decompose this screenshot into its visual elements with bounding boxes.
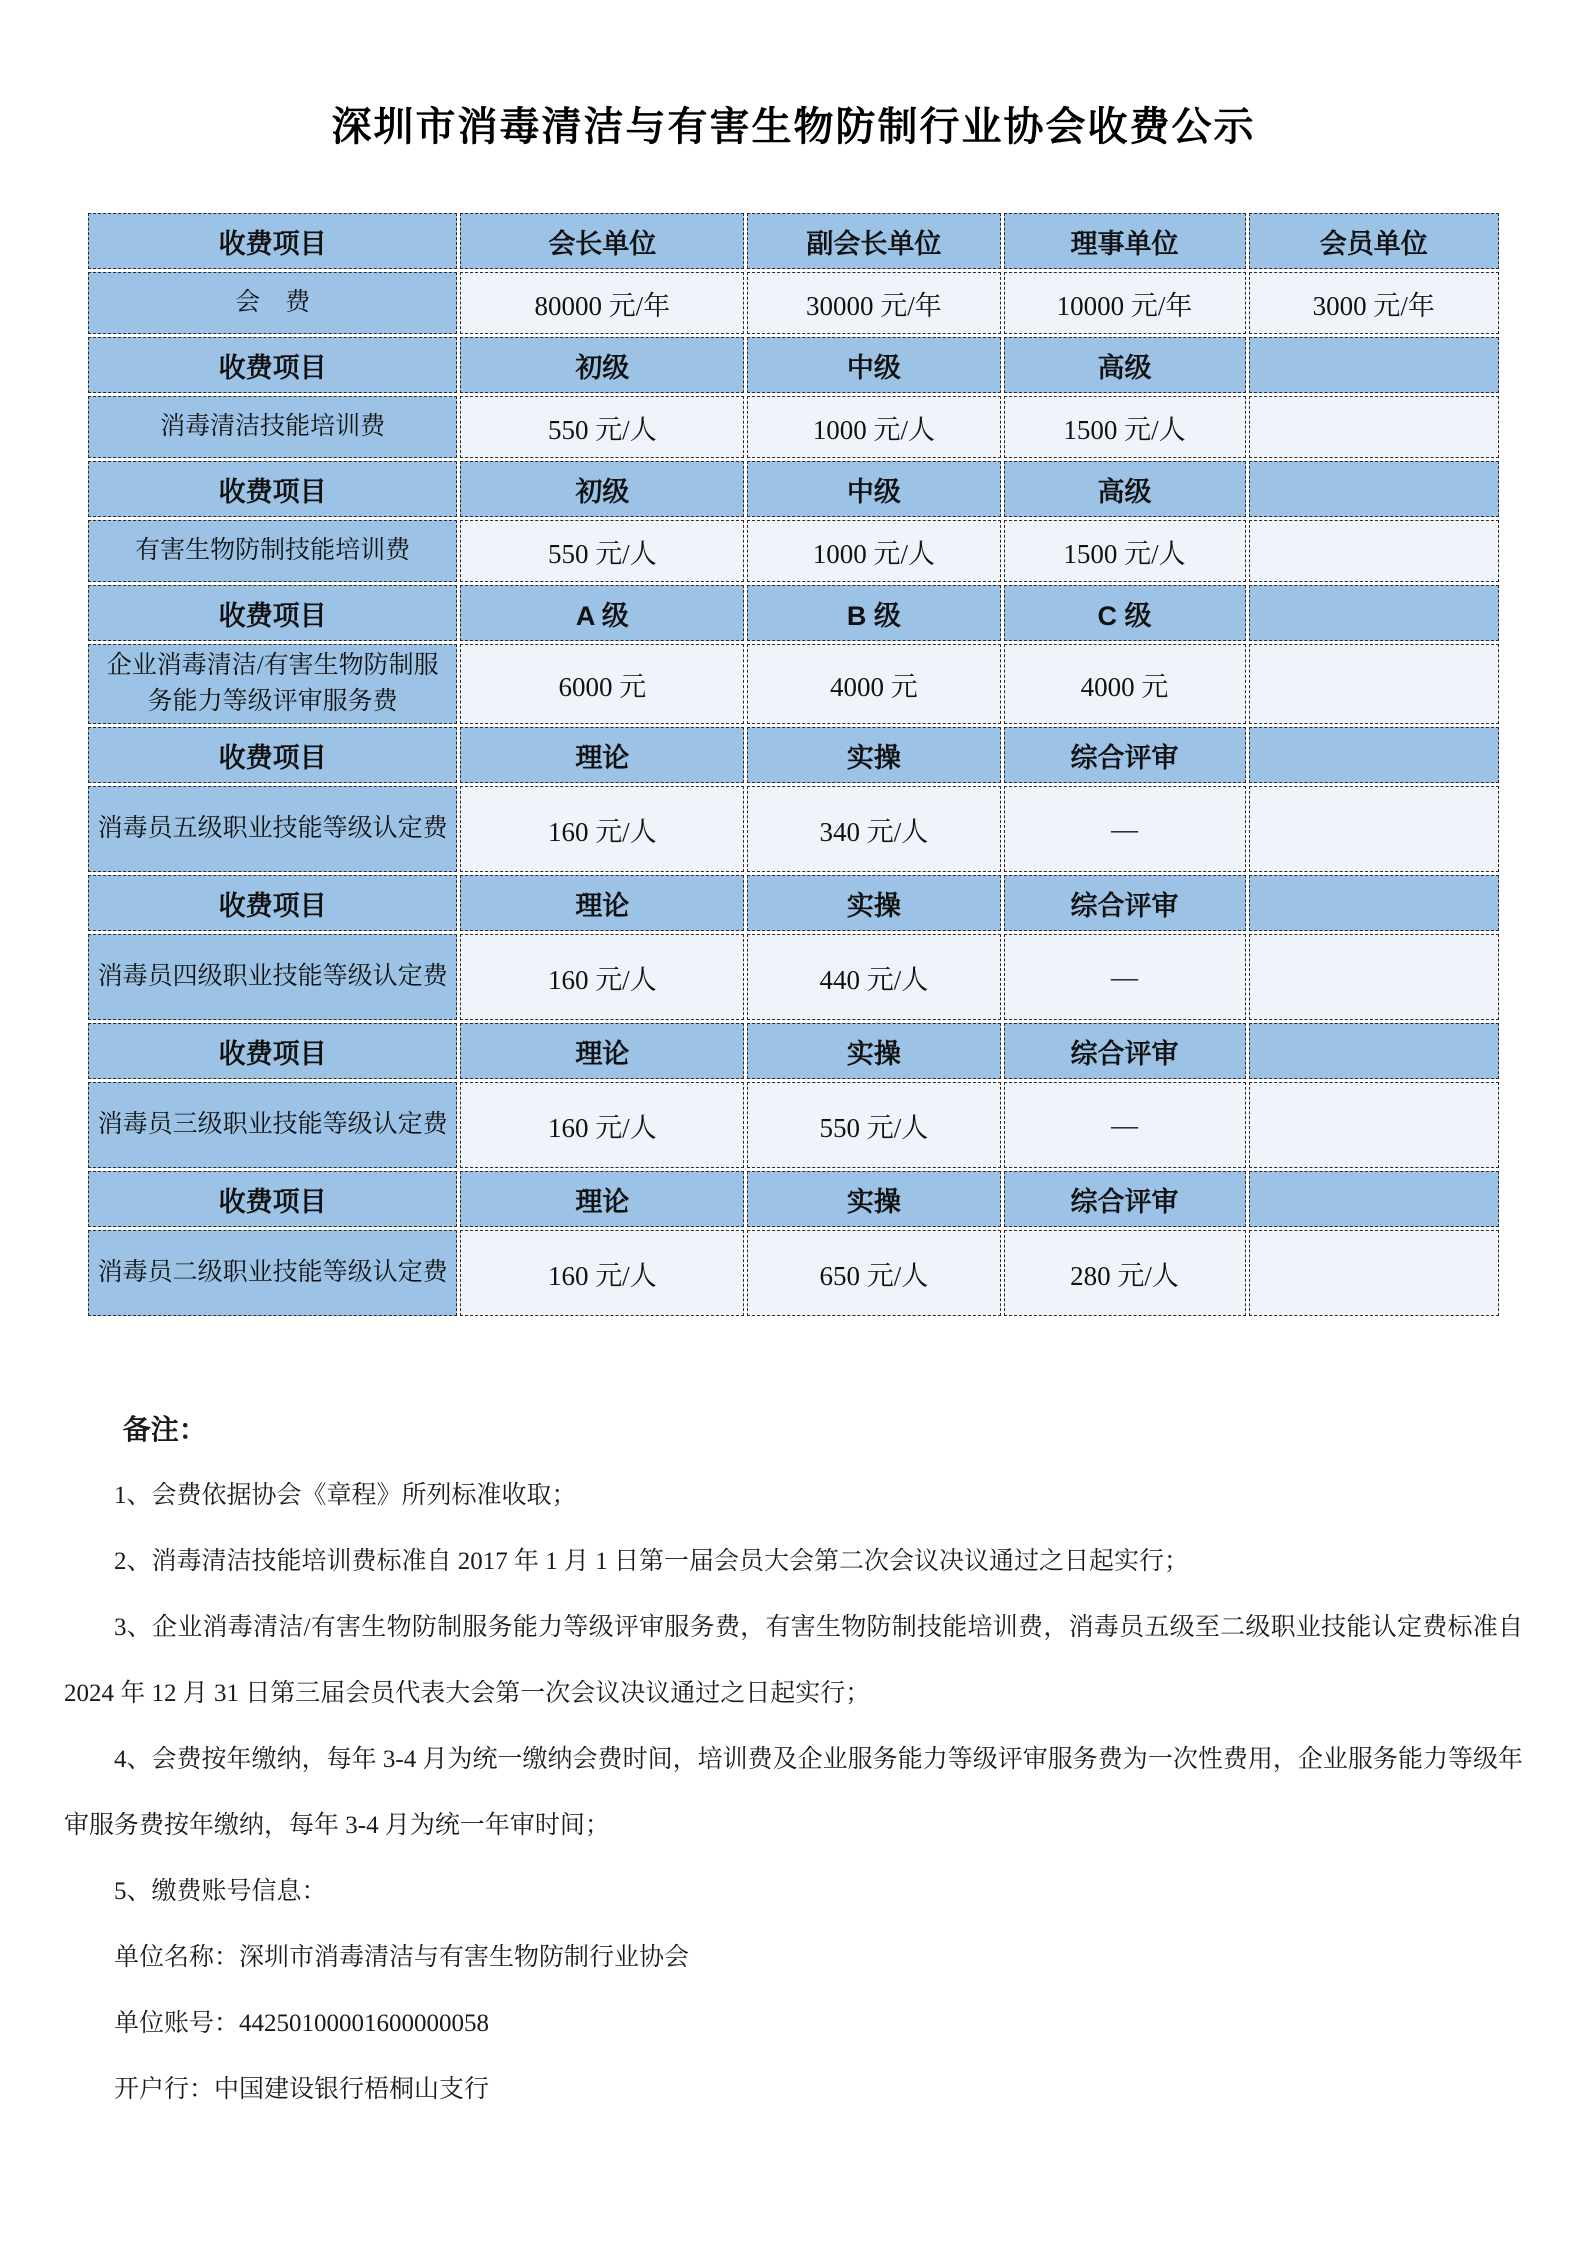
header-cell <box>1249 337 1499 393</box>
fee-value-cell <box>1249 786 1499 872</box>
header-cell: A 级 <box>460 585 744 641</box>
header-cell: 理事单位 <box>1004 213 1246 269</box>
fee-value-cell <box>1249 644 1499 724</box>
fee-value-cell: 280 元/人 <box>1004 1230 1246 1316</box>
header-cell: 收费项目 <box>88 1171 457 1227</box>
fee-value-cell: 4000 元 <box>1004 644 1246 724</box>
fee-label-cell: 消毒清洁技能培训费 <box>88 396 457 458</box>
header-cell <box>1249 875 1499 931</box>
header-cell: 收费项目 <box>88 337 457 393</box>
header-cell <box>1249 585 1499 641</box>
fee-value-cell: 1000 元/人 <box>747 396 1000 458</box>
fee-value-cell: 160 元/人 <box>460 786 744 872</box>
table-header-row: 收费项目 会长单位 副会长单位 理事单位 会员单位 <box>88 213 1499 269</box>
header-cell: 初级 <box>460 461 744 517</box>
header-cell: 收费项目 <box>88 1023 457 1079</box>
note-item-3: 3、企业消毒清洁/有害生物防制服务能力等级评审服务费，有害生物防制技能培训费，消… <box>64 1595 1523 1727</box>
fee-value-cell: 1000 元/人 <box>747 520 1000 582</box>
fee-label-cell: 会 费 <box>88 272 457 334</box>
fee-value-cell: 550 元/人 <box>460 520 744 582</box>
fee-value-cell <box>1249 1082 1499 1168</box>
payee-bank-line: 开户行：中国建设银行梧桐山支行 <box>64 2057 1523 2123</box>
fee-label-cell: 有害生物防制技能培训费 <box>88 520 457 582</box>
table-row: 会 费 80000 元/年 30000 元/年 10000 元/年 3000 元… <box>88 272 1499 334</box>
fee-value-cell <box>1249 1230 1499 1316</box>
fee-value-cell: 80000 元/年 <box>460 272 744 334</box>
header-cell <box>1249 727 1499 783</box>
notes-section: 备注： 1、会费依据协会《章程》所列标准收取； 2、消毒清洁技能培训费标准自 2… <box>0 1397 1587 2123</box>
page-title: 深圳市消毒清洁与有害生物防制行业协会收费公示 <box>40 95 1547 152</box>
header-cell: 理论 <box>460 1171 744 1227</box>
fee-schedule-table: 收费项目 会长单位 副会长单位 理事单位 会员单位 会 费 80000 元/年 … <box>85 210 1502 1319</box>
fee-value-cell: 550 元/人 <box>747 1082 1000 1168</box>
table-row: 有害生物防制技能培训费 550 元/人 1000 元/人 1500 元/人 <box>88 520 1499 582</box>
fee-value-cell: 340 元/人 <box>747 786 1000 872</box>
header-cell: 副会长单位 <box>747 213 1000 269</box>
fee-value-cell: 1500 元/人 <box>1004 520 1246 582</box>
header-cell: 理论 <box>460 727 744 783</box>
header-cell: 收费项目 <box>88 213 457 269</box>
header-cell: 收费项目 <box>88 727 457 783</box>
header-cell: 实操 <box>747 1171 1000 1227</box>
table-row: 消毒员四级职业技能等级认定费 160 元/人 440 元/人 — <box>88 934 1499 1020</box>
table-row: 企业消毒清洁/有害生物防制服务能力等级评审服务费 6000 元 4000 元 4… <box>88 644 1499 724</box>
table-header-row: 收费项目 A 级 B 级 C 级 <box>88 585 1499 641</box>
header-cell: 中级 <box>747 337 1000 393</box>
fee-value-cell: 10000 元/年 <box>1004 272 1246 334</box>
header-cell: 收费项目 <box>88 461 457 517</box>
header-cell: 高级 <box>1004 337 1246 393</box>
header-cell <box>1249 461 1499 517</box>
note-item-4: 4、会费按年缴纳，每年 3-4 月为统一缴纳会费时间，培训费及企业服务能力等级评… <box>64 1727 1523 1859</box>
header-cell: 收费项目 <box>88 875 457 931</box>
table-header-row: 收费项目 理论 实操 综合评审 <box>88 727 1499 783</box>
header-cell: C 级 <box>1004 585 1246 641</box>
header-cell: 理论 <box>460 1023 744 1079</box>
table-row: 消毒员五级职业技能等级认定费 160 元/人 340 元/人 — <box>88 786 1499 872</box>
fee-value-cell: 160 元/人 <box>460 1082 744 1168</box>
table-header-row: 收费项目 理论 实操 综合评审 <box>88 875 1499 931</box>
header-cell <box>1249 1171 1499 1227</box>
table-row: 消毒员三级职业技能等级认定费 160 元/人 550 元/人 — <box>88 1082 1499 1168</box>
fee-value-cell: 6000 元 <box>460 644 744 724</box>
document-page: 深圳市消毒清洁与有害生物防制行业协会收费公示 收费项目 会长单位 副会长单位 理… <box>0 0 1587 2245</box>
note-item-1: 1、会费依据协会《章程》所列标准收取； <box>64 1463 1523 1529</box>
fee-label-cell: 企业消毒清洁/有害生物防制服务能力等级评审服务费 <box>88 644 457 724</box>
fee-value-cell: 30000 元/年 <box>747 272 1000 334</box>
header-cell: 综合评审 <box>1004 1023 1246 1079</box>
header-cell: 理论 <box>460 875 744 931</box>
header-cell: 实操 <box>747 727 1000 783</box>
header-cell: 实操 <box>747 1023 1000 1079</box>
header-cell <box>1249 1023 1499 1079</box>
fee-value-cell <box>1249 520 1499 582</box>
fee-value-cell: 160 元/人 <box>460 1230 744 1316</box>
fee-label-cell: 消毒员五级职业技能等级认定费 <box>88 786 457 872</box>
payee-name-line: 单位名称：深圳市消毒清洁与有害生物防制行业协会 <box>64 1925 1523 1991</box>
header-cell: B 级 <box>747 585 1000 641</box>
fee-value-cell: 550 元/人 <box>460 396 744 458</box>
fee-value-cell: — <box>1004 786 1246 872</box>
fee-value-cell: — <box>1004 1082 1246 1168</box>
table-header-row: 收费项目 初级 中级 高级 <box>88 461 1499 517</box>
header-cell: 高级 <box>1004 461 1246 517</box>
header-cell: 综合评审 <box>1004 875 1246 931</box>
fee-value-cell: 650 元/人 <box>747 1230 1000 1316</box>
fee-value-cell <box>1249 934 1499 1020</box>
table-header-row: 收费项目 理论 实操 综合评审 <box>88 1023 1499 1079</box>
table-header-row: 收费项目 理论 实操 综合评审 <box>88 1171 1499 1227</box>
table-row: 消毒员二级职业技能等级认定费 160 元/人 650 元/人 280 元/人 <box>88 1230 1499 1316</box>
fee-value-cell: 4000 元 <box>747 644 1000 724</box>
payee-account-line: 单位账号：44250100001600000058 <box>64 1991 1523 2057</box>
note-item-2: 2、消毒清洁技能培训费标准自 2017 年 1 月 1 日第一届会员大会第二次会… <box>64 1529 1523 1595</box>
fee-label-cell: 消毒员二级职业技能等级认定费 <box>88 1230 457 1316</box>
fee-label-cell: 消毒员四级职业技能等级认定费 <box>88 934 457 1020</box>
table-header-row: 收费项目 初级 中级 高级 <box>88 337 1499 393</box>
fee-label-cell: 消毒员三级职业技能等级认定费 <box>88 1082 457 1168</box>
table-row: 消毒清洁技能培训费 550 元/人 1000 元/人 1500 元/人 <box>88 396 1499 458</box>
fee-value-cell: 1500 元/人 <box>1004 396 1246 458</box>
header-cell: 会长单位 <box>460 213 744 269</box>
fee-value-cell: — <box>1004 934 1246 1020</box>
fee-value-cell <box>1249 396 1499 458</box>
fee-value-cell: 160 元/人 <box>460 934 744 1020</box>
header-cell: 收费项目 <box>88 585 457 641</box>
header-cell: 综合评审 <box>1004 727 1246 783</box>
header-cell: 初级 <box>460 337 744 393</box>
fee-value-cell: 440 元/人 <box>747 934 1000 1020</box>
header-cell: 实操 <box>747 875 1000 931</box>
fee-value-cell: 3000 元/年 <box>1249 272 1499 334</box>
note-item-5: 5、缴费账号信息： <box>64 1859 1523 1925</box>
notes-heading: 备注： <box>123 1397 1523 1463</box>
header-cell: 会员单位 <box>1249 213 1499 269</box>
header-cell: 中级 <box>747 461 1000 517</box>
header-cell: 综合评审 <box>1004 1171 1246 1227</box>
